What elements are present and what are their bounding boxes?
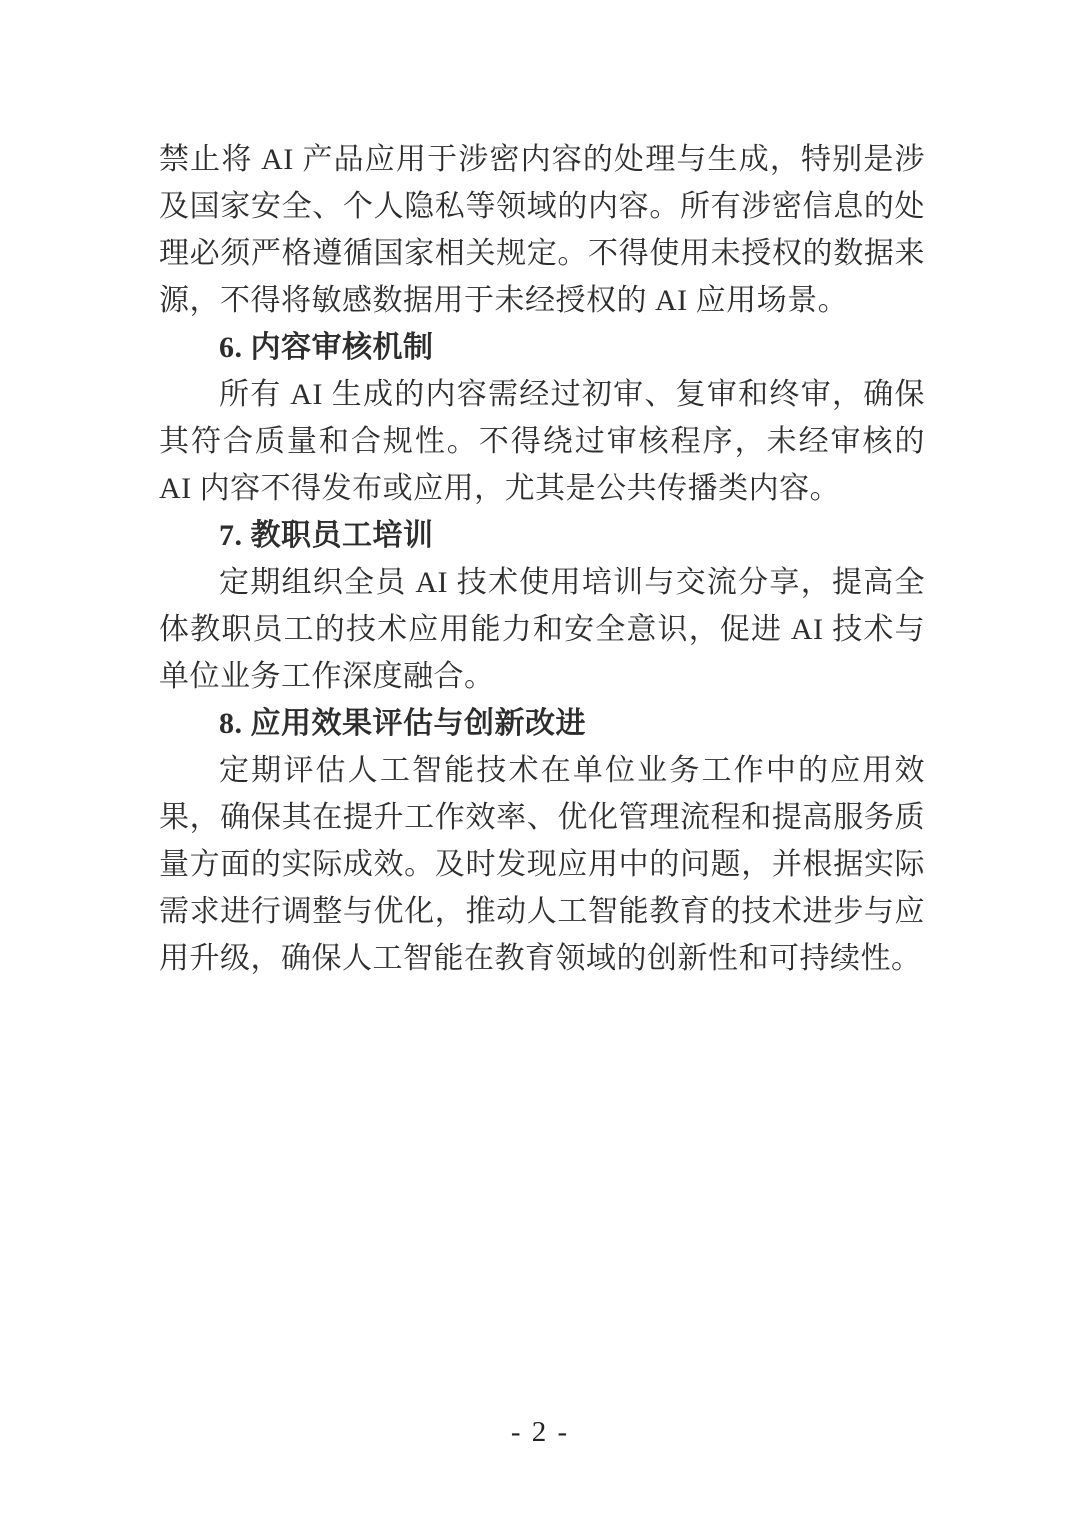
section-heading-7: 7. 教职员工培训 (159, 512, 925, 559)
section-8-paragraph: 定期评估人工智能技术在单位业务工作中的应用效果，确保其在提升工作效率、优化管理流… (159, 747, 925, 982)
section-7-paragraph: 定期组织全员 AI 技术使用培训与交流分享，提高全体教职员工的技术应用能力和安全… (159, 559, 925, 700)
body-paragraph-continuation: 禁止将 AI 产品应用于涉密内容的处理与生成，特别是涉及国家安全、个人隐私等领域… (159, 136, 925, 324)
document-body: 禁止将 AI 产品应用于涉密内容的处理与生成，特别是涉及国家安全、个人隐私等领域… (159, 136, 925, 982)
document-page: 禁止将 AI 产品应用于涉密内容的处理与生成，特别是涉及国家安全、个人隐私等领域… (0, 0, 1080, 1527)
section-6-paragraph: 所有 AI 生成的内容需经过初审、复审和终审，确保其符合质量和合规性。不得绕过审… (159, 371, 925, 512)
page-number: - 2 - (0, 1412, 1080, 1452)
section-heading-6: 6. 内容审核机制 (159, 324, 925, 371)
section-heading-8: 8. 应用效果评估与创新改进 (159, 700, 925, 747)
